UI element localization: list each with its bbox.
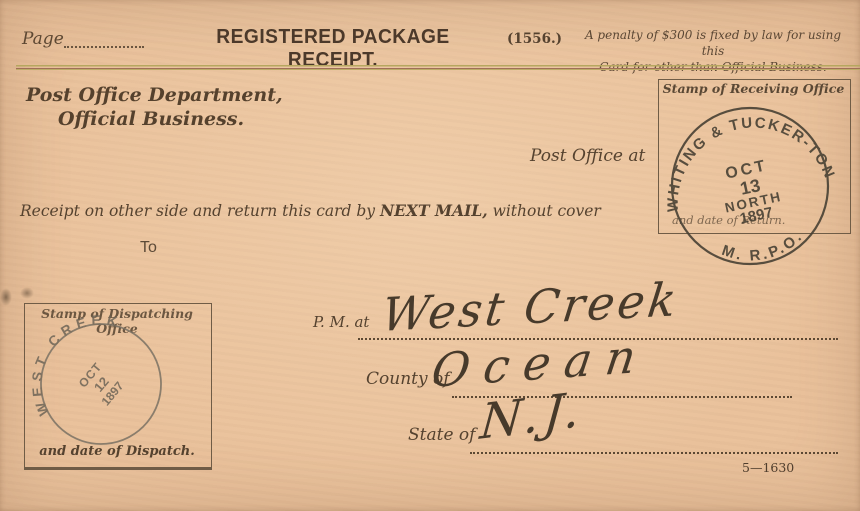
department-line-1: Post Office Department, — [26, 84, 283, 106]
department-line-2: Official Business. — [58, 108, 244, 130]
instruction-text: Receipt on other side and return this ca… — [20, 202, 380, 220]
ink-smudge — [0, 288, 12, 306]
state-blank-line — [470, 452, 838, 454]
dispatching-box-label: Stamp of Dispatching Office — [24, 306, 210, 336]
pm-at-label: P. M. at — [313, 313, 369, 331]
print-code: 5—1630 — [742, 460, 794, 475]
ink-smudge — [20, 287, 34, 299]
return-instruction: Receipt on other side and return this ca… — [20, 201, 601, 220]
form-number: (1556.) — [507, 31, 562, 47]
county-blank-line — [452, 396, 792, 398]
county-of-label: County of — [366, 369, 450, 389]
handwritten-post-office: West Creek — [379, 272, 682, 342]
dispatching-box-date-label: and date of Dispatch. — [24, 444, 210, 459]
state-of-label: State of — [408, 425, 475, 445]
pm-at-blank-line — [358, 338, 838, 340]
handwritten-state: N.J. — [478, 381, 587, 451]
instruction-text-end: without cover — [488, 202, 601, 220]
receiving-box-label: Stamp of Receiving Office — [658, 81, 849, 96]
receiving-box-date-label: and date of Return. — [672, 213, 785, 227]
page-blank-line — [64, 32, 144, 48]
post-office-at-label: Post Office at — [530, 146, 645, 166]
page-label: Page — [22, 29, 64, 49]
penalty-line-1: A penalty of $300 is fixed by law for us… — [576, 27, 850, 59]
header-divider-rule — [16, 65, 860, 71]
to-label: To — [140, 239, 157, 257]
instruction-next-mail: NEXT MAIL, — [380, 201, 488, 220]
registered-package-receipt-card: Page REGISTERED PACKAGE RECEIPT. (1556.)… — [0, 0, 860, 511]
receiving-stamp-box — [658, 79, 851, 234]
